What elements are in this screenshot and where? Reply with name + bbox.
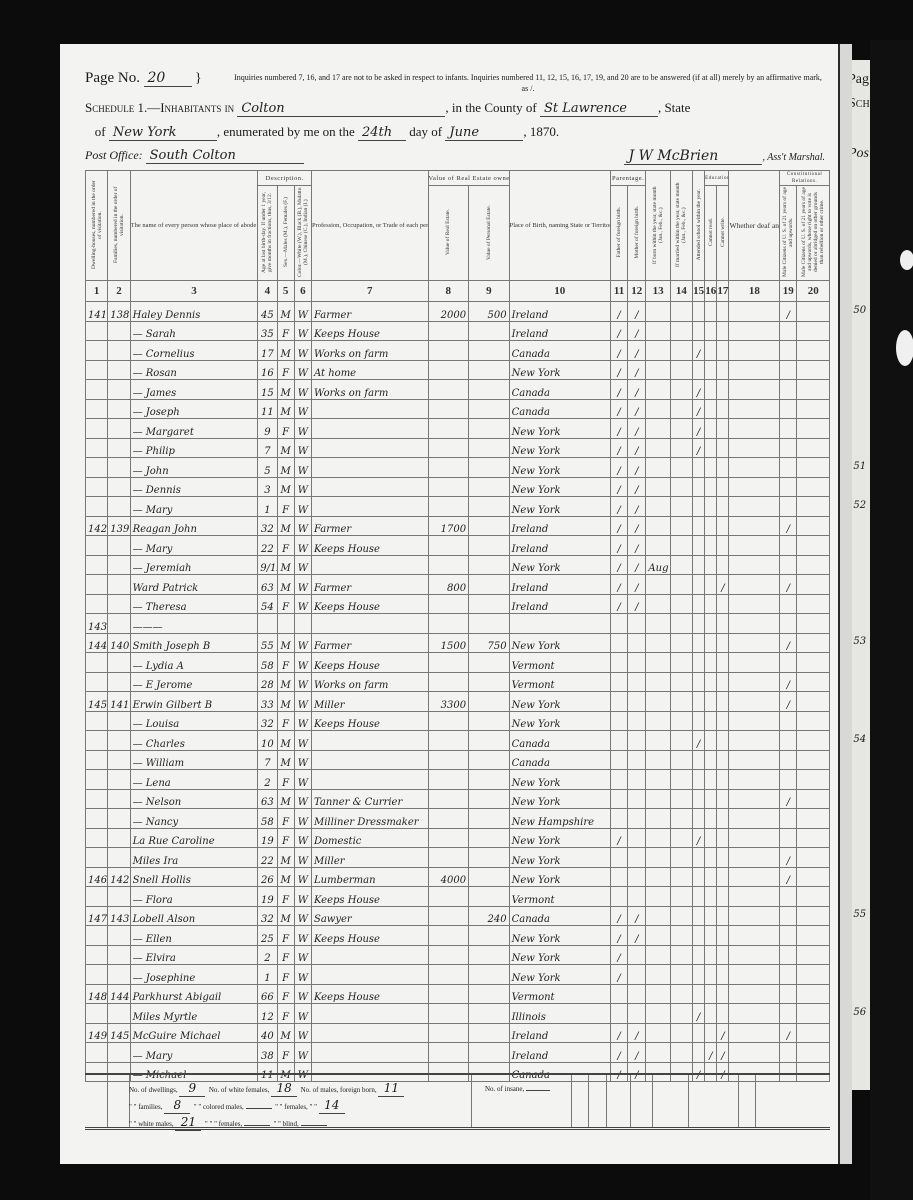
family-number (108, 1004, 130, 1024)
real-estate-value (428, 419, 469, 439)
father-foreign-mark (610, 692, 627, 712)
white-females-count: 18 (271, 1081, 297, 1097)
cannot-read-mark (705, 614, 717, 634)
citizen-mark (780, 555, 797, 575)
age: 17 (258, 341, 277, 361)
color: W (294, 399, 311, 419)
age: 2 (258, 770, 277, 790)
age: 19 (258, 887, 277, 907)
school-mark (693, 477, 705, 497)
cannot-write-mark (717, 1004, 729, 1024)
table-row: 29Miles Ira22MWMillerNew York/ (86, 848, 830, 868)
family-number (108, 380, 130, 400)
school-mark (693, 965, 705, 985)
family-number: 140 (108, 633, 130, 653)
dwelling-number: 15 (86, 575, 108, 595)
school-mark: / (693, 399, 705, 419)
column-number: 3 (130, 281, 258, 302)
occupation: Miller (311, 692, 428, 712)
page-summary: No. of dwellings, 9 No. of white females… (85, 1073, 830, 1130)
mother-foreign-mark: / (628, 360, 646, 380)
married-month (670, 653, 692, 673)
column-number: 15 (693, 281, 705, 302)
father-foreign-mark: / (610, 965, 627, 985)
real-estate-value: 1700 (428, 516, 469, 536)
cannot-read-mark (705, 711, 717, 731)
real-estate-value (428, 1004, 469, 1024)
sex: F (277, 653, 294, 673)
personal-estate-value (469, 887, 510, 907)
occupation (311, 731, 428, 751)
sex: M (277, 633, 294, 653)
age: 66 (258, 984, 277, 1004)
personal-estate-value (469, 945, 510, 965)
col-header-mother-foreign: Mother of foreign birth. (628, 186, 646, 281)
mother-foreign-mark (628, 692, 646, 712)
person-name: — Joseph (130, 399, 258, 419)
column-number: 12 (628, 281, 646, 302)
family-number (108, 653, 130, 673)
vote-denied-mark (797, 945, 830, 965)
personal-estate-value (469, 477, 510, 497)
occupation: At home (311, 360, 428, 380)
age: 55 (258, 633, 277, 653)
county-label: , in the County of (445, 100, 536, 115)
cannot-read-mark (705, 789, 717, 809)
sex: F (277, 945, 294, 965)
family-number: 138 (108, 302, 130, 322)
father-foreign-mark: / (610, 828, 627, 848)
family-number (108, 887, 130, 907)
sex: M (277, 848, 294, 868)
mother-foreign-mark (628, 672, 646, 692)
family-number (108, 1043, 130, 1063)
age: 3 (258, 477, 277, 497)
school-mark (693, 789, 705, 809)
school-mark (693, 614, 705, 634)
birthplace: New York (509, 360, 610, 380)
occupation: Sawyer (311, 906, 428, 926)
school-mark: / (693, 380, 705, 400)
occupation: Farmer (311, 516, 428, 536)
sex: F (277, 321, 294, 341)
family-number (108, 438, 130, 458)
person-name: Miles Myrtle (130, 1004, 258, 1024)
married-month (670, 575, 692, 595)
col-header-cannot-read: Cannot read. (705, 186, 717, 281)
age: 32 (258, 906, 277, 926)
birthplace: Canada (509, 380, 610, 400)
married-month (670, 828, 692, 848)
color: W (294, 594, 311, 614)
vote-denied-mark (797, 809, 830, 829)
page-number-line: Page No. 20 } (85, 70, 202, 87)
deaf-blind (729, 399, 780, 419)
person-name: Miles Ira (130, 848, 258, 868)
color: W (294, 536, 311, 556)
birthplace: New York (509, 848, 610, 868)
occupation: Works on farm (311, 672, 428, 692)
citizen-mark: / (780, 633, 797, 653)
mother-foreign-mark: / (628, 477, 646, 497)
table-row: 33— Ellen25FWKeeps HouseNew York// (86, 926, 830, 946)
occupation: Farmer (311, 302, 428, 322)
table-row: 14317——— (86, 614, 830, 634)
cannot-read-mark (705, 926, 717, 946)
birthplace: New York (509, 867, 610, 887)
cannot-write-mark (717, 594, 729, 614)
table-row: 39— Mary38FWIreland//// (86, 1043, 830, 1063)
color: W (294, 887, 311, 907)
col-header-deaf-blind: Whether deaf and dumb, blind, insane, or… (729, 171, 780, 281)
real-estate-value (428, 926, 469, 946)
table-row: 37Miles Myrtle12FWIllinois/ (86, 1004, 830, 1024)
color: W (294, 809, 311, 829)
vote-denied-mark (797, 867, 830, 887)
real-estate-value (428, 536, 469, 556)
person-name: — Theresa (130, 594, 258, 614)
col-header-male-citizen: Male Citizens of U. S. of 21 years of ag… (780, 186, 797, 281)
school-mark (693, 672, 705, 692)
school-mark (693, 360, 705, 380)
vote-denied-mark (797, 965, 830, 985)
citizen-mark (780, 906, 797, 926)
age: 32 (258, 711, 277, 731)
cannot-read-mark (705, 302, 717, 322)
person-name: ——— (130, 614, 258, 634)
school-mark (693, 770, 705, 790)
county-field: St Lawrence (540, 101, 658, 117)
vote-denied-mark (797, 789, 830, 809)
person-name: — Mary (130, 536, 258, 556)
person-name: — E Jerome (130, 672, 258, 692)
citizen-mark (780, 828, 797, 848)
cannot-write-mark (717, 536, 729, 556)
age: 22 (258, 848, 277, 868)
dwelling-number: 2 (86, 321, 108, 341)
mother-foreign-mark (628, 809, 646, 829)
white-females-label: No. of white females, (209, 1086, 269, 1094)
citizen-mark (780, 380, 797, 400)
dwelling-number: 11 (86, 497, 108, 517)
mother-foreign-mark (628, 828, 646, 848)
real-estate-value: 800 (428, 575, 469, 595)
person-name: — Louisa (130, 711, 258, 731)
father-foreign-mark: / (610, 1023, 627, 1043)
vote-denied-mark (797, 438, 830, 458)
table-row: 9— John5MWNew York// (86, 458, 830, 478)
cannot-write-mark (717, 419, 729, 439)
father-foreign-mark (610, 711, 627, 731)
cannot-read-mark (705, 750, 717, 770)
col-group-constitutional: Constitutional Relations. (780, 171, 830, 186)
father-foreign-mark: / (610, 341, 627, 361)
mother-foreign-mark (628, 984, 646, 1004)
col-header-family: Families, numbered in the order of visit… (108, 171, 130, 281)
dwelling-number: 14732 (86, 906, 108, 926)
cannot-write-mark (717, 438, 729, 458)
color: W (294, 360, 311, 380)
real-estate-value (428, 1023, 469, 1043)
personal-estate-value (469, 399, 510, 419)
table-row: 14212139Reagan John32MWFarmer1700Ireland… (86, 516, 830, 536)
color: W (294, 653, 311, 673)
real-estate-value (428, 497, 469, 517)
column-number: 18 (729, 281, 780, 302)
column-number: 2 (108, 281, 130, 302)
age: 1 (258, 965, 277, 985)
cannot-write-mark (717, 399, 729, 419)
deaf-blind (729, 458, 780, 478)
cannot-read-mark (705, 731, 717, 751)
deaf-blind (729, 711, 780, 731)
birthplace: Ireland (509, 516, 610, 536)
sex: M (277, 399, 294, 419)
father-foreign-mark (610, 653, 627, 673)
birthplace: New York (509, 965, 610, 985)
age: 7 (258, 750, 277, 770)
sex: F (277, 711, 294, 731)
citizen-mark: / (780, 789, 797, 809)
table-row: 28La Rue Caroline19FWDomesticNew York// (86, 828, 830, 848)
color: W (294, 926, 311, 946)
dwelling-number: 25 (86, 770, 108, 790)
sex: F (277, 926, 294, 946)
occupation (311, 1043, 428, 1063)
vote-denied-mark (797, 750, 830, 770)
color: W (294, 633, 311, 653)
married-month (670, 302, 692, 322)
table-row: 5— James15MWWorks on farmCanada/// (86, 380, 830, 400)
family-number (108, 848, 130, 868)
post-office-line: Post Office: South Colton (85, 148, 304, 164)
family-number (108, 594, 130, 614)
school-mark (693, 906, 705, 926)
personal-estate-value (469, 614, 510, 634)
real-estate-value (428, 653, 469, 673)
born-month (646, 1004, 670, 1024)
color: W (294, 438, 311, 458)
deaf-blind (729, 477, 780, 497)
born-month (646, 731, 670, 751)
mother-foreign-mark (628, 867, 646, 887)
occupation: Milliner Dressmaker (311, 809, 428, 829)
occupation (311, 497, 428, 517)
married-month (670, 380, 692, 400)
father-foreign-mark: / (610, 380, 627, 400)
occupation (311, 419, 428, 439)
occupation (311, 614, 428, 634)
cannot-read-mark (705, 536, 717, 556)
married-month (670, 711, 692, 731)
cannot-write-mark (717, 887, 729, 907)
person-name: — Ellen (130, 926, 258, 946)
born-month (646, 477, 670, 497)
birthplace: Canada (509, 341, 610, 361)
males-foreign-count: 11 (378, 1081, 404, 1097)
occupation: Domestic (311, 828, 428, 848)
born-month (646, 575, 670, 595)
school-mark (693, 1023, 705, 1043)
table-row: 35— Josephine1FWNew York/ (86, 965, 830, 985)
married-month (670, 419, 692, 439)
sex: M (277, 380, 294, 400)
column-number: 6 (294, 281, 311, 302)
father-foreign-mark: / (610, 594, 627, 614)
deaf-blind (729, 945, 780, 965)
col-header-real-estate: Value of Real Estate. (428, 186, 469, 281)
married-month (670, 594, 692, 614)
sex: M (277, 750, 294, 770)
cannot-read-mark (705, 887, 717, 907)
born-month (646, 1043, 670, 1063)
father-foreign-mark: / (610, 555, 627, 575)
color: W (294, 965, 311, 985)
born-month (646, 380, 670, 400)
occupation: Lumberman (311, 867, 428, 887)
table-row: 8— Philip7MWNew York/// (86, 438, 830, 458)
deaf-blind (729, 653, 780, 673)
born-month (646, 497, 670, 517)
family-number: 144 (108, 984, 130, 1004)
birthplace: New York (509, 789, 610, 809)
cannot-read-mark (705, 380, 717, 400)
cannot-write-mark (717, 711, 729, 731)
personal-estate-value (469, 672, 510, 692)
citizen-mark (780, 536, 797, 556)
color (294, 614, 311, 634)
color: W (294, 906, 311, 926)
mother-foreign-mark: / (628, 380, 646, 400)
sex: M (277, 341, 294, 361)
age: 26 (258, 867, 277, 887)
color: W (294, 984, 311, 1004)
father-foreign-mark: / (610, 516, 627, 536)
age: 35 (258, 321, 277, 341)
birthplace: Ireland (509, 321, 610, 341)
person-name: — William (130, 750, 258, 770)
column-number: 9 (469, 281, 510, 302)
vote-denied-mark (797, 614, 830, 634)
age: 7 (258, 438, 277, 458)
deaf-blind (729, 438, 780, 458)
vote-denied-mark (797, 692, 830, 712)
personal-estate-value (469, 984, 510, 1004)
born-month (646, 458, 670, 478)
mother-foreign-mark (628, 731, 646, 751)
cannot-write-mark: / (717, 1023, 729, 1043)
birthplace: New York (509, 711, 610, 731)
color: W (294, 575, 311, 595)
color: W (294, 555, 311, 575)
real-estate-value (428, 458, 469, 478)
family-number (108, 555, 130, 575)
vote-denied-mark (797, 477, 830, 497)
dwelling-number: 35 (86, 965, 108, 985)
column-number: 7 (311, 281, 428, 302)
vote-denied-mark (797, 1004, 830, 1024)
mother-foreign-mark: / (628, 302, 646, 322)
state-label: , State (658, 100, 691, 115)
family-number (108, 399, 130, 419)
col-group-education: Education. (705, 171, 729, 186)
color: W (294, 341, 311, 361)
table-row: 14938145McGuire Michael40MWIreland//// (86, 1023, 830, 1043)
dwelling-number: 34 (86, 945, 108, 965)
mother-foreign-mark (628, 789, 646, 809)
table-row: 24— William7MWCanada (86, 750, 830, 770)
school-mark (693, 536, 705, 556)
dwelling-number: 1411 (86, 302, 108, 322)
page-label: Page No. (85, 70, 140, 86)
dwelling-number: 31 (86, 887, 108, 907)
occupation (311, 1023, 428, 1043)
marshal-label: , Ass't Marshal. (762, 152, 825, 163)
person-name: — Lydia A (130, 653, 258, 673)
deaf-blind (729, 770, 780, 790)
school-mark (693, 848, 705, 868)
father-foreign-mark (610, 614, 627, 634)
occupation: Keeps House (311, 887, 428, 907)
color: W (294, 302, 311, 322)
real-estate-value (428, 341, 469, 361)
table-row: 20— E Jerome28MWWorks on farmVermont/ (86, 672, 830, 692)
deaf-blind (729, 1023, 780, 1043)
deaf-blind (729, 360, 780, 380)
school-mark (693, 497, 705, 517)
birthplace: Ireland (509, 536, 610, 556)
real-estate-value (428, 380, 469, 400)
cannot-read-mark (705, 1023, 717, 1043)
real-estate-value: 2000 (428, 302, 469, 322)
family-number: 141 (108, 692, 130, 712)
married-month (670, 672, 692, 692)
family-number: 142 (108, 867, 130, 887)
born-month (646, 399, 670, 419)
real-estate-value (428, 770, 469, 790)
born-month (646, 438, 670, 458)
table-row: 11— Mary1FWNew York// (86, 497, 830, 517)
married-month (670, 887, 692, 907)
birthplace: Illinois (509, 1004, 610, 1024)
real-estate-value: 1500 (428, 633, 469, 653)
vote-denied-mark (797, 575, 830, 595)
married-month (670, 848, 692, 868)
born-month (646, 750, 670, 770)
dwelling-number: 20 (86, 672, 108, 692)
cannot-write-mark (717, 653, 729, 673)
real-estate-value (428, 399, 469, 419)
father-foreign-mark (610, 984, 627, 1004)
age: 54 (258, 594, 277, 614)
person-name: Smith Joseph B (130, 633, 258, 653)
born-month (646, 614, 670, 634)
cannot-read-mark (705, 809, 717, 829)
birthplace: Ireland (509, 1043, 610, 1063)
mother-foreign-mark (628, 945, 646, 965)
mother-foreign-mark (628, 633, 646, 653)
cannot-read-mark (705, 672, 717, 692)
personal-estate-value (469, 555, 510, 575)
col-header-cannot-write: Cannot write. (717, 186, 729, 281)
birthplace: Ireland (509, 594, 610, 614)
enumeration-line: of New York, enumerated by me on the 24t… (85, 124, 559, 141)
sex: M (277, 302, 294, 322)
family-number (108, 477, 130, 497)
column-number: 17 (717, 281, 729, 302)
born-month (646, 419, 670, 439)
age: 1 (258, 497, 277, 517)
